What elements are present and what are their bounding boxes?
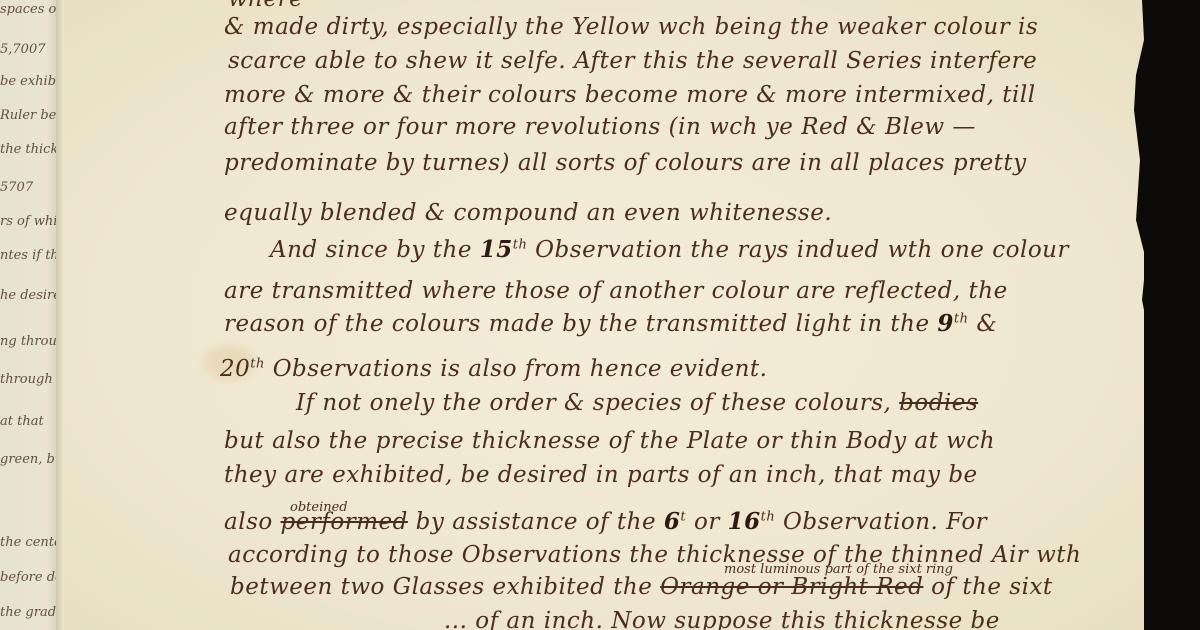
struck-word: bodies	[899, 390, 978, 416]
manuscript-line: after three or four more revolutions (in…	[224, 114, 976, 140]
left-page-line: be exhibit	[0, 74, 58, 89]
observation-number: 20	[220, 356, 250, 382]
ordinal-suffix: th	[513, 237, 528, 252]
manuscript-line: they are exhibited, be desired in parts …	[224, 462, 978, 488]
left-page-line: the gradually	[0, 605, 58, 620]
line-text: Observation the rays indued wth one colo…	[527, 237, 1069, 263]
struck-word: Orange or Bright Red	[660, 574, 923, 600]
line-text: &	[969, 311, 998, 337]
manuscript-line: according to those Observations the thic…	[228, 542, 1081, 568]
observation-number: 16	[728, 508, 761, 535]
manuscript-line: scarce able to shew it selfe. After this…	[228, 48, 1037, 74]
manuscript-line: between two Glasses exhibited the Orange…	[230, 574, 1053, 600]
left-page-line: green, but	[0, 452, 58, 467]
left-page-fragment: spaces of 5,7007 be exhibit Ruler be the…	[0, 0, 58, 630]
left-page-line: spaces of	[0, 2, 58, 17]
ordinal-suffix: th	[250, 356, 265, 371]
line-text: And since by the	[270, 237, 480, 263]
manuscript-line: ... of an inch. Now suppose this thickne…	[444, 608, 1000, 630]
line-text: or	[686, 509, 727, 535]
manuscript-line: where	[228, 0, 303, 12]
manuscript-page: where & made dirty, especially the Yello…	[64, 0, 1144, 630]
struck-word: performed	[281, 509, 408, 535]
manuscript-line: are transmitted where those of another c…	[224, 278, 1008, 304]
left-page-line: 5,7007	[0, 42, 46, 57]
left-page-line: he desired;	[0, 288, 58, 303]
line-text: reason of the colours made by the transm…	[224, 311, 937, 337]
manuscript-line: 20th Observations is also from hence evi…	[220, 356, 767, 382]
manuscript-line: And since by the 15th Observation the ra…	[270, 236, 1069, 263]
manuscript-line: If not onely the order & species of thes…	[296, 390, 978, 416]
manuscript-line: reason of the colours made by the transm…	[224, 310, 997, 337]
ordinal-suffix: th	[954, 311, 969, 326]
left-page-line: before describ	[0, 570, 58, 585]
left-page-line: ng through	[0, 334, 58, 349]
left-page-line: Ruler be	[0, 108, 56, 123]
left-page-line: the thickness	[0, 142, 58, 157]
left-page-line: through the	[0, 372, 58, 387]
left-page-line: 5707	[0, 180, 33, 195]
left-page-line: ntes if the	[0, 248, 58, 263]
manuscript-line: more & more & their colours become more …	[224, 82, 1036, 108]
line-text: also	[224, 509, 281, 535]
observation-number: 9	[937, 310, 954, 337]
line-text: by assistance of the	[408, 509, 664, 535]
left-page-line: at that	[0, 414, 44, 429]
line-text: of the sixt	[923, 574, 1052, 600]
observation-number: 6	[664, 508, 681, 535]
line-text: Observations is also from hence evident.	[265, 356, 768, 382]
manuscript-line: & made dirty, especially the Yellow wch …	[224, 14, 1038, 40]
observation-number: 15	[480, 236, 513, 263]
ordinal-suffix: th	[761, 509, 776, 524]
manuscript-line: predominate by turnes) all sorts of colo…	[224, 150, 1027, 176]
manuscript-line: also performed by assistance of the 6t o…	[224, 508, 987, 535]
line-text: between two Glasses exhibited the	[230, 574, 660, 600]
manuscript-line: equally blended & compound an even white…	[224, 200, 832, 226]
left-page-line: rs of which	[0, 214, 58, 229]
line-text: If not onely the order & species of thes…	[296, 390, 899, 416]
left-page-line: the center	[0, 535, 58, 550]
manuscript-line: but also the precise thicknesse of the P…	[224, 428, 995, 454]
line-text: Observation. For	[775, 509, 987, 535]
